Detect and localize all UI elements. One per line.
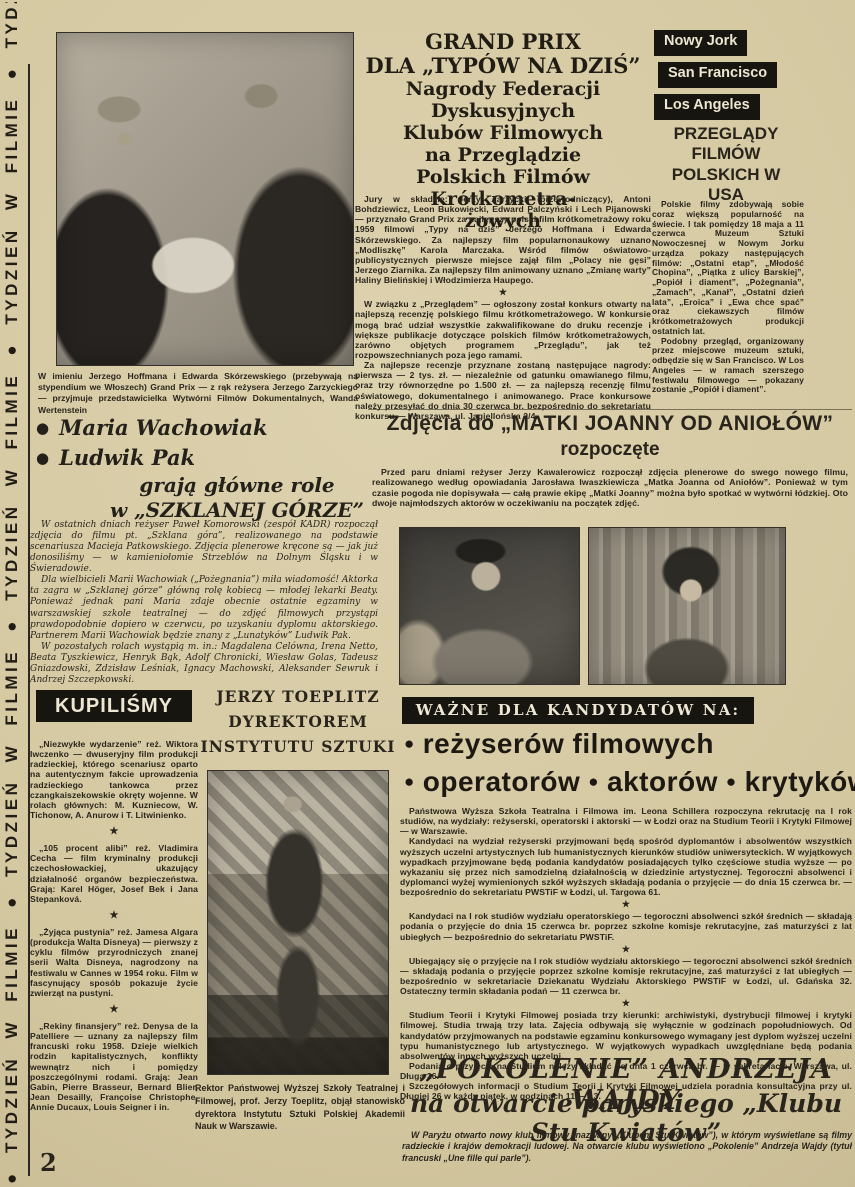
section-divider — [368, 409, 852, 410]
szklana-gora-headline: ●Maria Wachowiak ●Ludwik Pak grają główn… — [36, 413, 368, 523]
bullet-icon: ● — [36, 449, 49, 467]
kandydaci-headline-line-2: ●operatorów●aktorów●krytyków — [404, 766, 855, 798]
szklana-gora-article: W ostatnich dniach reżyser Paweł Komorow… — [30, 520, 378, 686]
sidebar-masthead-text: ● TYDZIEŃ W FILMIE ● TYDZIEŃ W FILMIE ● … — [2, 2, 29, 1184]
toeplitz-headline-line: INSTYTUTU SZTUKI — [196, 734, 400, 759]
actor-name: Ludwik Pak — [59, 445, 195, 470]
headline-line: Klubów Filmowych — [354, 122, 652, 144]
bullet-icon: ● — [36, 419, 49, 437]
headline-line: na Przeglądzie — [354, 144, 652, 166]
contest-paragraph: W związku z „Przeglądem” — ogłoszony zos… — [355, 299, 651, 360]
city-badge-nowy-jork: Nowy Jork — [654, 30, 747, 56]
toeplitz-caption: Rektor Państwowej Wyższej Szkoły Teatral… — [195, 1082, 405, 1133]
star-separator-icon: ★ — [400, 998, 852, 1008]
grand-prix-article: Jury w składzie: Jerzy Zarzycki (przewod… — [355, 194, 651, 421]
jury-paragraph: Jury w składzie: Jerzy Zarzycki (przewod… — [355, 194, 651, 285]
kandydaci-para-4: Ubiegający się o przyjęcie na I rok stud… — [400, 956, 852, 997]
szklana-gora-para-3: W pozostałych rolach wystąpią m. in.: Ma… — [30, 642, 378, 686]
award-ceremony-photo — [56, 32, 354, 366]
kandydaci-role: reżyserów filmowych — [423, 728, 714, 759]
szklana-gora-para-1: W ostatnich dniach reżyser Paweł Komorow… — [30, 520, 378, 575]
pokolenie-body: W Paryżu otwarto nowy klub filmowy (nazw… — [402, 1130, 852, 1164]
award-photo-caption: W imieniu Jerzego Hoffmana i Edwarda Skó… — [38, 371, 358, 416]
star-separator-icon: ★ — [30, 826, 198, 838]
young-actor-girl-photo — [588, 527, 786, 685]
kupilismy-item: „Rekiny finansjery” reż. Denysa de la Pa… — [30, 1021, 198, 1112]
bullet-icon: ● — [404, 734, 415, 753]
kupilismy-item: „Żyjąca pustynia” reż. Jamesa Algara (pr… — [30, 927, 198, 998]
matka-joanna-subtitle: rozpoczęte — [368, 439, 852, 461]
star-separator-icon: ★ — [400, 899, 852, 909]
kandydaci-para-1: Państwowa Wyższa Szkoła Teatralna i Film… — [400, 806, 852, 836]
kandydaci-role: operatorów — [423, 766, 580, 797]
usa-reviews-para-1: Polskie filmy zdobywają sobie coraz więk… — [652, 200, 804, 337]
city-badge-los-angeles: Los Angeles — [654, 94, 760, 120]
star-separator-icon: ★ — [355, 287, 651, 297]
usa-reviews-article: Polskie filmy zdobywają sobie coraz więk… — [652, 200, 804, 395]
page-number: 2 — [40, 1148, 57, 1177]
actor-name: Maria Wachowiak — [59, 415, 267, 440]
headline-subline: grają główne role — [36, 473, 368, 498]
star-separator-icon: ★ — [30, 1004, 198, 1016]
kandydaci-banner: WAŻNE DLA KANDYDATÓW NA: — [402, 697, 754, 724]
kupilismy-item: „Niezwykłe wydarzenie” reż. Wiktora Iwcz… — [30, 739, 198, 820]
kupilismy-item: „105 procent alibi” reż. Vladimira Cecha… — [30, 843, 198, 904]
star-separator-icon: ★ — [30, 910, 198, 922]
headline-line: DLA „TYPÓW NA DZIŚ” — [354, 54, 652, 78]
magazine-page: ● TYDZIEŃ W FILMIE ● TYDZIEŃ W FILMIE ● … — [0, 0, 855, 1187]
szklana-gora-para-2: Dla wielbicieli Marii Wachowiak („Pożegn… — [30, 575, 378, 641]
city-badge-san-francisco: San Francisco — [658, 62, 777, 88]
kupilismy-list: „Niezwykłe wydarzenie” reż. Wiktora Iwcz… — [30, 739, 198, 1112]
kandydaci-para-3: Kandydaci na I rok studiów wydziału oper… — [400, 911, 852, 941]
matka-joanna-intro: Przed paru dniami reżyser Jerzy Kawalero… — [372, 467, 848, 509]
kandydaci-headline-line-1: ●reżyserów filmowych — [404, 728, 714, 760]
headline-line: GRAND PRIX — [354, 30, 652, 54]
kandydaci-role: aktorów — [607, 766, 718, 797]
headline-line: Nagrody Federacji Dyskusyjnych — [354, 78, 652, 122]
bullet-icon: ● — [404, 772, 415, 791]
young-actor-boy-photo — [399, 527, 580, 685]
toeplitz-headline: JERZY TOEPLITZ DYREKTOREM INSTYTUTU SZTU… — [196, 684, 400, 759]
bullet-icon: ● — [588, 772, 599, 791]
bullet-icon: ● — [726, 772, 737, 791]
star-separator-icon: ★ — [400, 944, 852, 954]
usa-reviews-title: PRZEGLĄDY FILMÓW POLSKICH W USA — [652, 124, 800, 206]
matka-joanna-title: Zdjęcia do „MATKI JOANNY OD ANIOŁÓW” — [368, 412, 852, 436]
toeplitz-headline-line: DYREKTOREM — [196, 709, 400, 734]
actor-name-line: ●Ludwik Pak — [36, 443, 368, 473]
kupilismy-header: KUPILIŚMY — [36, 690, 192, 722]
kandydaci-para-2: Kandydaci na wydział reżyserski przyjmow… — [400, 836, 852, 897]
toeplitz-headline-line: JERZY TOEPLITZ — [196, 684, 400, 709]
usa-reviews-para-2: Podobny przegląd, organizowany przez mie… — [652, 337, 804, 396]
kandydaci-role: krytyków — [745, 766, 855, 797]
actor-name-line: ●Maria Wachowiak — [36, 413, 368, 443]
toeplitz-portrait-photo — [207, 770, 389, 1075]
